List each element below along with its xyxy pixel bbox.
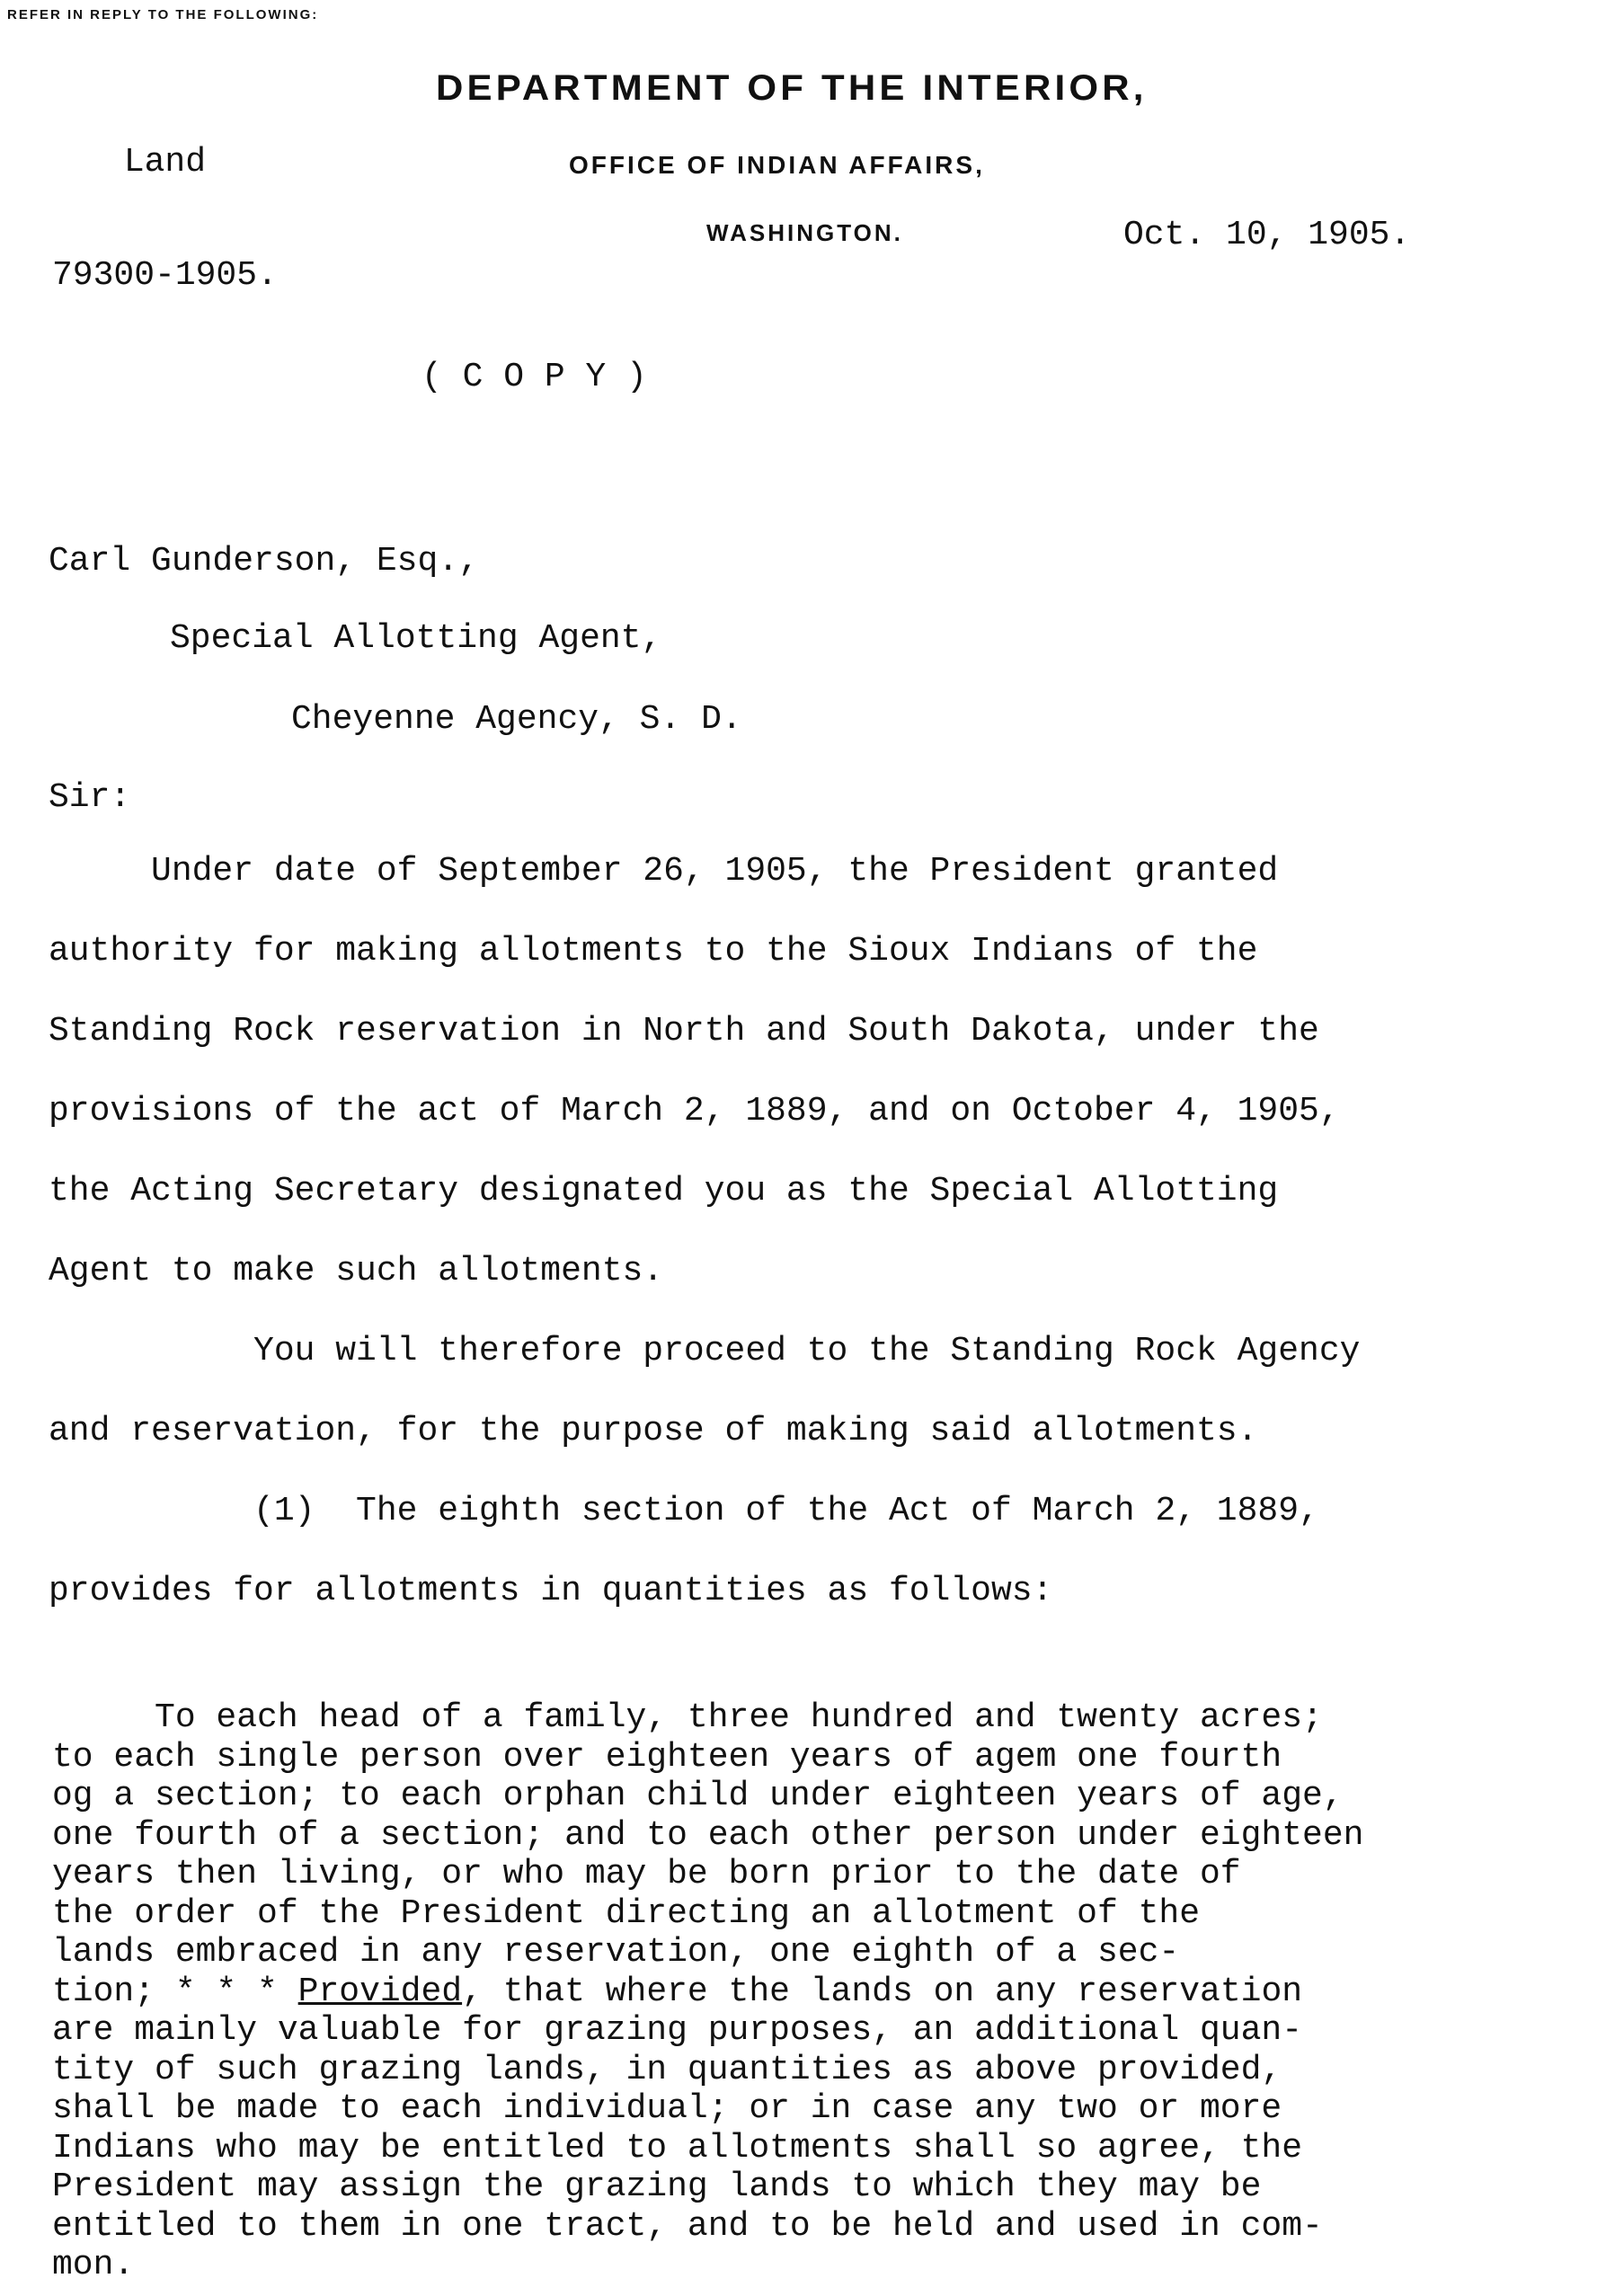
file-reference-category: Land — [52, 144, 278, 182]
city-heading: WASHINGTON. — [706, 219, 903, 247]
copy-mark: ( C O P Y ) — [421, 358, 647, 396]
provided-emphasis: Provided — [298, 1972, 462, 2011]
body-line: (1) The eighth section of the Act of Mar… — [49, 1492, 1319, 1530]
quote-line: Indians who may be entitled to allotment… — [52, 2129, 1302, 2168]
quote-line: one fourth of a section; and to each oth… — [52, 1816, 1363, 1856]
body-line: Standing Rock reservation in North and S… — [49, 1012, 1319, 1050]
file-reference-number: 79300-1905. — [52, 257, 278, 295]
quote-line: to each single person over eighteen year… — [52, 1738, 1282, 1777]
body-line: and reservation, for the purpose of maki… — [49, 1412, 1257, 1450]
body-line: Agent to make such allotments. — [49, 1252, 663, 1290]
quote-line: President may assign the grazing lands t… — [52, 2167, 1261, 2207]
addressee-title: Special Allotting Agent, — [170, 619, 661, 658]
body-line: provides for allotments in quantities as… — [49, 1572, 1052, 1610]
body-line: authority for making allotments to the S… — [49, 932, 1257, 971]
quote-line: are mainly valuable for grazing purposes… — [52, 2011, 1302, 2051]
body-line: You will therefore proceed to the Standi… — [49, 1332, 1360, 1370]
quote-line: years then living, or who may be born pr… — [52, 1855, 1241, 1894]
salutation: Sir: — [49, 778, 130, 817]
body-line: Under date of September 26, 1905, the Pr… — [49, 852, 1278, 891]
addressee-name: Carl Gunderson, Esq., — [49, 542, 479, 581]
body-line: the Acting Secretary designated you as t… — [49, 1172, 1278, 1210]
quote-line: mon. — [52, 2246, 134, 2285]
quote-line: tion; * * * Provided, that where the lan… — [52, 1972, 1302, 2012]
refer-line: REFER IN REPLY TO THE FOLLOWING: — [7, 7, 318, 22]
quote-line: the order of the President directing an … — [52, 1894, 1200, 1934]
body-line: provisions of the act of March 2, 1889, … — [49, 1092, 1340, 1130]
letter-date: Oct. 10, 1905. — [1123, 216, 1410, 254]
quote-line: og a section; to each orphan child under… — [52, 1777, 1344, 1816]
quote-line: tity of such grazing lands, in quantitie… — [52, 2051, 1282, 2090]
department-heading: DEPARTMENT OF THE INTERIOR, — [436, 68, 1148, 109]
quote-line: shall be made to each individual; or in … — [52, 2089, 1282, 2129]
file-reference: Land 79300-1905. — [52, 68, 278, 332]
addressee-location: Cheyenne Agency, S. D. — [291, 700, 742, 739]
quote-line: entitled to them in one tract, and to be… — [52, 2207, 1323, 2247]
office-heading: OFFICE OF INDIAN AFFAIRS, — [569, 151, 985, 180]
quote-line: To each head of a family, three hundred … — [52, 1698, 1323, 1738]
quote-line: lands embraced in any reservation, one e… — [52, 1933, 1179, 1972]
